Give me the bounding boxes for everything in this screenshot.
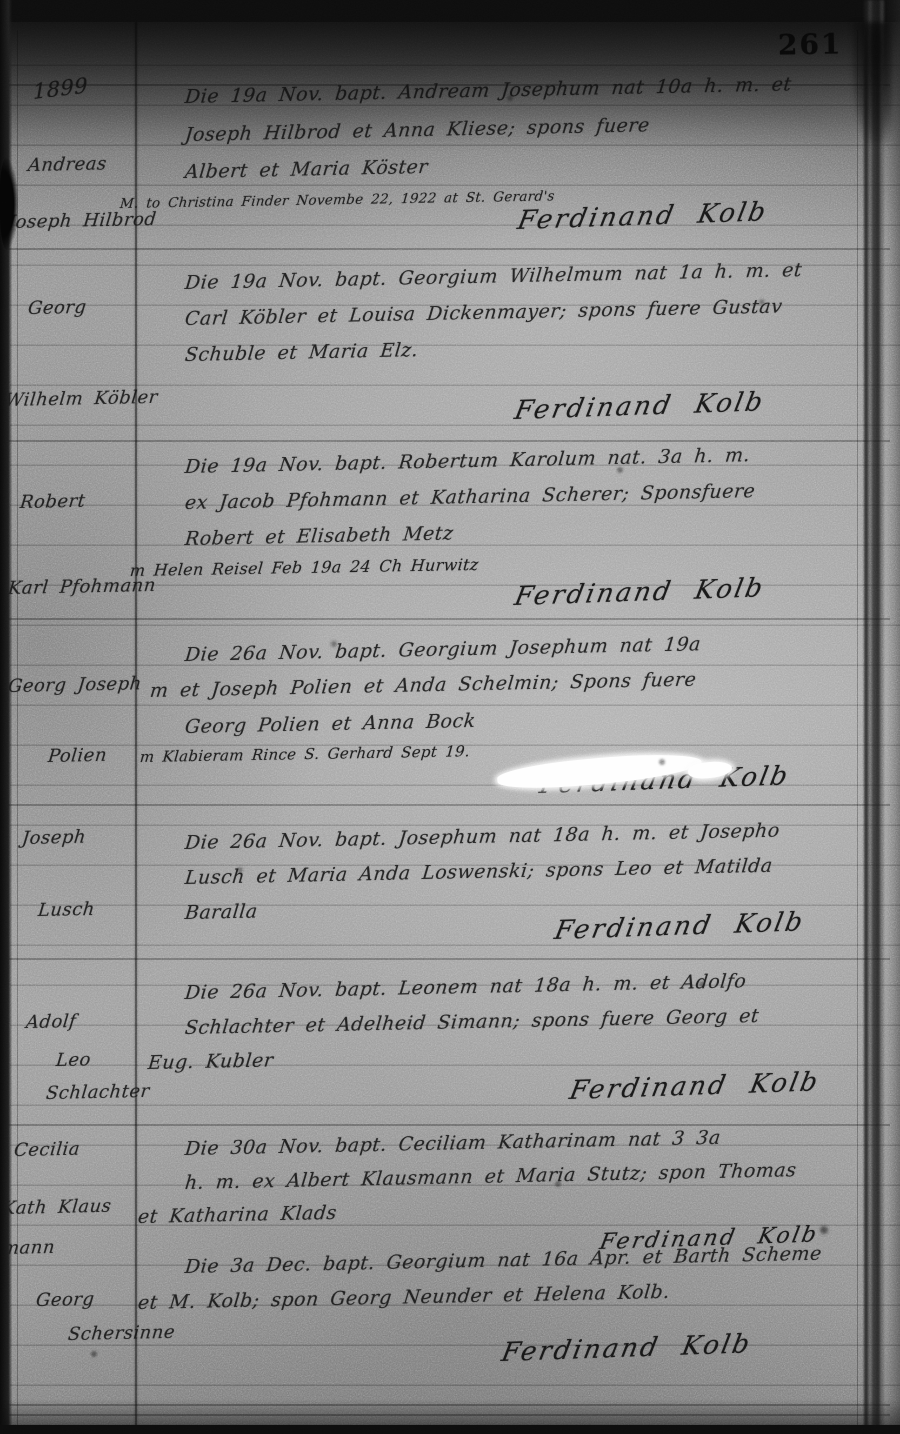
margin-name: Georg Joseph bbox=[7, 673, 143, 697]
margin-name: Kath Klaus bbox=[1, 1196, 113, 1219]
margin-name: Wilhelm Köbler bbox=[4, 387, 159, 411]
margin-name: Robert bbox=[19, 491, 87, 513]
margin-name: Schlachter bbox=[45, 1081, 151, 1104]
separator-line bbox=[8, 440, 890, 442]
margin-name: Polien bbox=[47, 745, 108, 767]
left-edge-rule bbox=[17, 30, 18, 1434]
margin-name: Joseph bbox=[21, 827, 87, 849]
margin-name: Joseph Hilbrod bbox=[7, 209, 158, 233]
margin-name: Lusch bbox=[37, 899, 96, 921]
scanned-register-page: 261 1899 Die 19a Nov. bapt. Andream Jose… bbox=[0, 0, 900, 1434]
entry-line: Baralla bbox=[184, 900, 259, 924]
margin-name: Cecilia bbox=[13, 1139, 81, 1161]
scan-shadow-bottom bbox=[0, 1399, 900, 1425]
scan-edge-right bbox=[884, 0, 900, 1434]
scan-edge-bottom bbox=[0, 1425, 900, 1434]
margin-name: Schersinne bbox=[67, 1322, 176, 1345]
right-edge-rule bbox=[857, 30, 858, 1434]
entry-line: et Katharina Klads bbox=[137, 1202, 338, 1228]
scan-shadow-top bbox=[0, 22, 900, 152]
margin-name: Georg bbox=[27, 297, 88, 319]
margin-name: Leo bbox=[55, 1049, 92, 1071]
separator-line bbox=[8, 1124, 890, 1126]
entry-line: Eug. Kubler bbox=[147, 1049, 275, 1074]
separator-line bbox=[8, 804, 890, 806]
scan-edge-top bbox=[0, 0, 900, 22]
margin-name: Adolf bbox=[25, 1011, 77, 1033]
margin-name: Andreas bbox=[27, 153, 108, 176]
scan-blemish-left bbox=[0, 158, 18, 250]
margin-name: Georg bbox=[35, 1289, 96, 1311]
margin-name: Karl Pfohmann bbox=[7, 575, 157, 599]
dirt-speckles bbox=[0, 0, 4, 4]
separator-line bbox=[8, 618, 890, 620]
separator-line bbox=[8, 958, 890, 960]
binding-edge bbox=[864, 0, 884, 1434]
separator-line bbox=[8, 248, 890, 250]
